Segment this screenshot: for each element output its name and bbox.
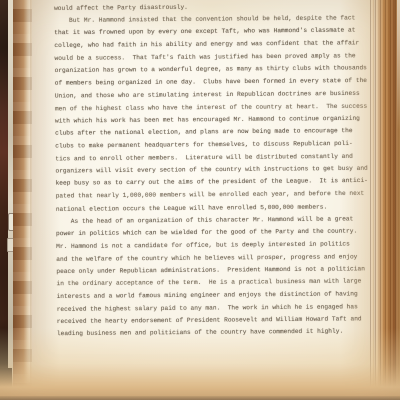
typewritten-text: would affect the Party disastrously. But… (54, 0, 379, 352)
photo-of-typewritten-page: would affect the Party disastrously. But… (0, 0, 400, 400)
text-lines-container: would affect the Party disastrously. But… (54, 0, 387, 341)
bottom-photo-edge (0, 396, 400, 400)
bottom-page-shadow (0, 328, 400, 400)
